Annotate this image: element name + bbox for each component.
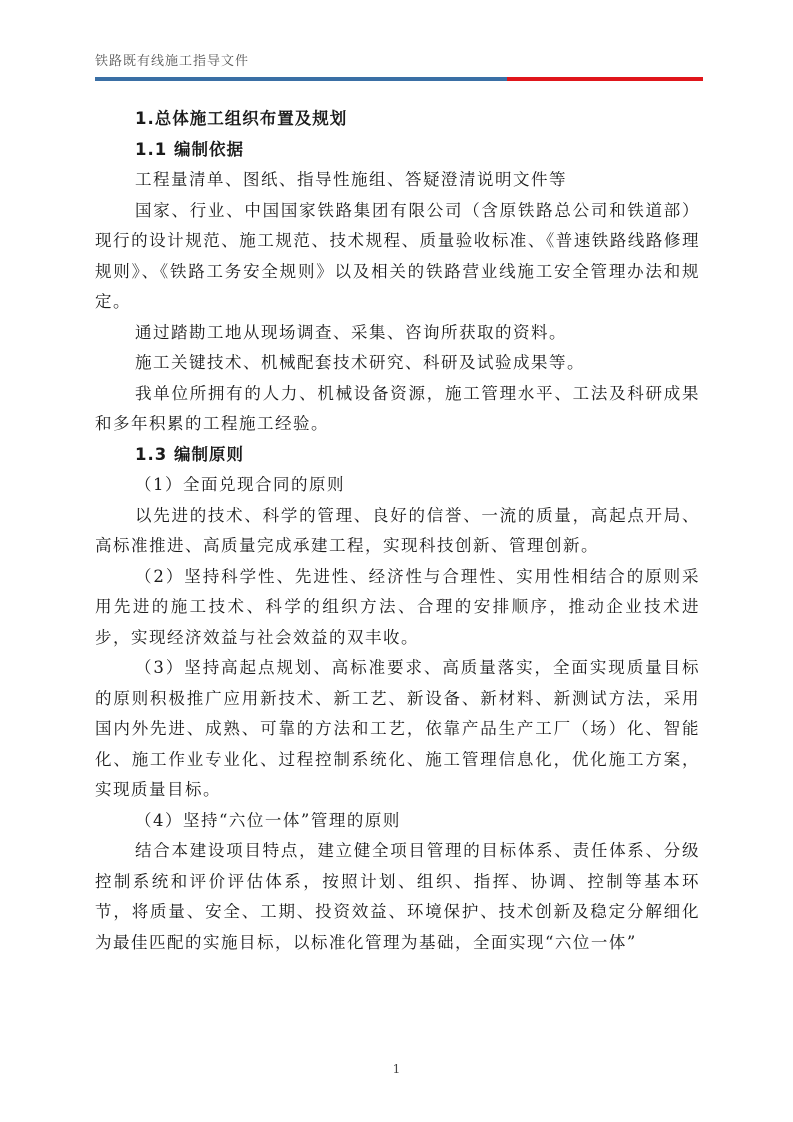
basis-item: 国家、行业、中国国家铁路集团有限公司（含原铁路总公司和铁道部）现行的设计规范、施…: [95, 196, 700, 318]
principle-4-body: 结合本建设项目特点，建立健全项目管理的目标体系、责任体系、分级控制系统和评价评估…: [95, 836, 700, 958]
principle-3: （3）坚持高起点规划、高标准要求、高质量落实，全面实现质量目标的原则积极推广应用…: [95, 653, 700, 806]
section-heading-1: 1.总体施工组织布置及规划: [135, 104, 700, 135]
basis-item: 我单位所拥有的人力、机械设备资源，施工管理水平、工法及科研成果和多年积累的工程施…: [95, 379, 700, 440]
section-heading-1-1: 1.1 编制依据: [135, 135, 700, 166]
basis-item: 通过踏勘工地从现场调查、采集、咨询所获取的资料。: [135, 318, 700, 349]
header-title: 铁路既有线施工指导文件: [95, 50, 249, 69]
principle-1-title: （1）全面兑现合同的原则: [135, 470, 700, 501]
section-heading-1-3: 1.3 编制原则: [135, 440, 700, 471]
header-divider-bar: [95, 77, 703, 81]
header-bar-red-segment: [507, 77, 703, 81]
basis-item: 施工关键技术、机械配套技术研究、科研及试验成果等。: [135, 348, 700, 379]
page-number: 1: [0, 1062, 793, 1076]
principle-4-title: （4）坚持“六位一体”管理的原则: [135, 806, 700, 837]
principle-2: （2）坚持科学性、先进性、经济性与合理性、实用性相结合的原则采用先进的施工技术、…: [95, 562, 700, 654]
header-bar-blue-segment: [95, 77, 507, 81]
principle-1-body: 以先进的技术、科学的管理、良好的信誉、一流的质量，高起点开局、高标准推进、高质量…: [95, 501, 700, 562]
document-body: 1.总体施工组织布置及规划 1.1 编制依据 工程量清单、图纸、指导性施组、答疑…: [135, 104, 700, 958]
basis-item: 工程量清单、图纸、指导性施组、答疑澄清说明文件等: [135, 165, 700, 196]
